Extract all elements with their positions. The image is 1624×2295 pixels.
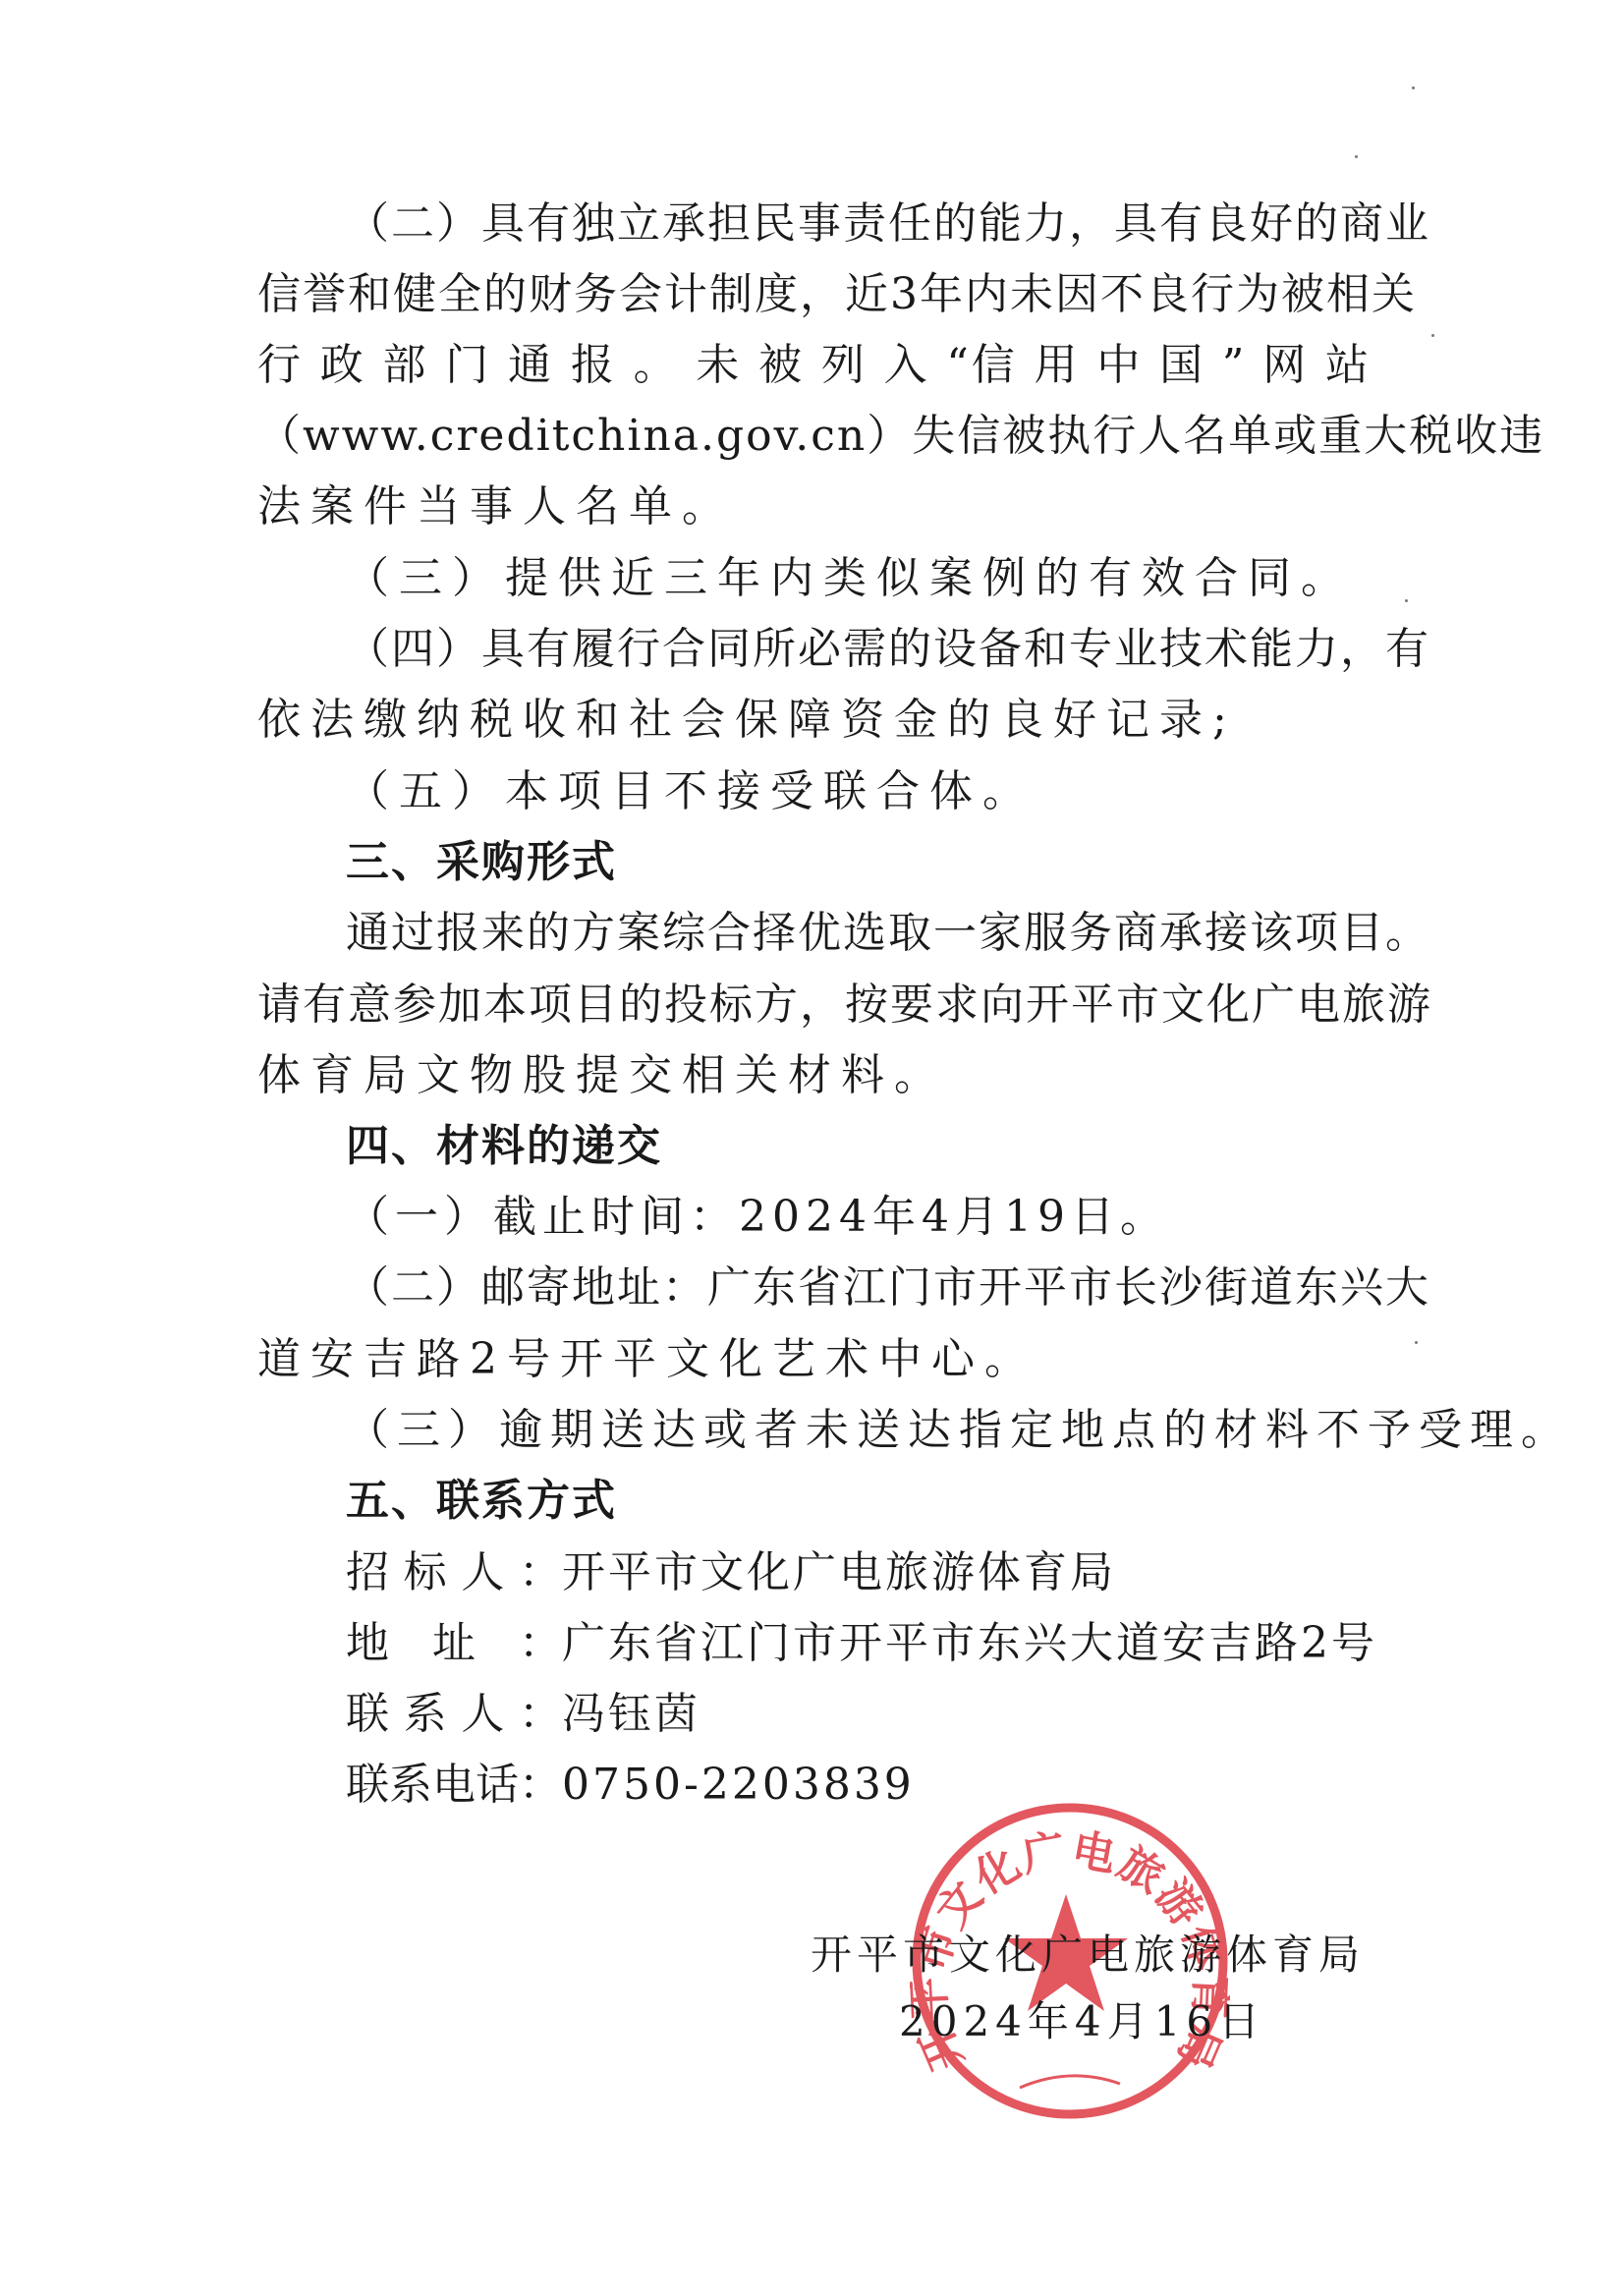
contact-row-phone: 联系电话：0750-2203839 xyxy=(346,1756,915,1815)
paragraph-line: （一）截止时间：2024年4月19日。 xyxy=(346,1188,1169,1247)
paragraph-line: （二）具有独立承担民事责任的能力，具有良好的商业 xyxy=(346,195,1371,253)
scan-speck xyxy=(1431,334,1434,337)
scan-speck xyxy=(1405,599,1408,602)
scan-speck xyxy=(1412,86,1415,89)
paragraph-line: 行 政 部 门 通 报 。 未 被 列 入 “信 用 中 国 ” 网 站 xyxy=(257,336,1371,395)
contact-label: 联系电话： xyxy=(346,1756,562,1815)
signature-date: 2024年4月16日 xyxy=(899,1992,1265,2051)
paragraph-line: 法案件当事人名单。 xyxy=(257,477,735,536)
contact-row-bidder: 招标人：开平市文化广电旅游体育局 xyxy=(346,1543,1116,1602)
paragraph-line: 通过报来的方案综合择优选取一家服务商承接该项目。 xyxy=(346,904,1371,963)
contact-label: 地址： xyxy=(346,1614,562,1673)
scan-speck xyxy=(1415,1341,1418,1344)
section-heading: 五、联系方式 xyxy=(346,1472,617,1531)
contact-value: 广东省江门市开平市东兴大道安吉路2号 xyxy=(562,1618,1377,1668)
section-heading: 四、材料的递交 xyxy=(346,1117,662,1176)
paragraph-line: （三）逾期送达或者未送达指定地点的材料不予受理。 xyxy=(346,1401,1572,1460)
paragraph-line: （三）提供近三年内类似案例的有效合同。 xyxy=(346,549,1354,608)
contact-value: 冯钰茵 xyxy=(562,1689,700,1739)
contact-value: 0750-2203839 xyxy=(562,1760,915,1810)
paragraph-line: （www.creditchina.gov.cn）失信被执行人名单或重大税收违 xyxy=(257,407,1371,466)
paragraph-line: （五）本项目不接受联合体。 xyxy=(346,762,1036,821)
contact-value: 开平市文化广电旅游体育局 xyxy=(562,1547,1116,1597)
contact-label: 联系人： xyxy=(346,1685,562,1744)
contact-row-address: 地址：广东省江门市开平市东兴大道安吉路2号 xyxy=(346,1614,1377,1673)
paragraph-line: （四）具有履行合同所必需的设备和专业技术能力，有 xyxy=(346,620,1371,679)
paragraph-line: 体育局文物股提交相关材料。 xyxy=(257,1046,947,1105)
signature-organization: 开平市文化广电旅游体育局 xyxy=(811,1926,1365,1985)
paragraph-line: 请有意参加本项目的投标方，按要求向开平市文化广电旅游 xyxy=(257,976,1371,1035)
document-page: （二）具有独立承担民事责任的能力，具有良好的商业 信誉和健全的财务会计制度，近3… xyxy=(0,0,1624,2295)
contact-label: 招标人： xyxy=(346,1543,562,1602)
paragraph-line: 依法缴纳税收和社会保障资金的良好记录; xyxy=(257,691,1237,750)
paragraph-line: 信誉和健全的财务会计制度，近3年内未因不良行为被相关 xyxy=(257,265,1371,324)
scan-speck xyxy=(1355,155,1358,158)
paragraph-line: 道安吉路2号开平文化艺术中心。 xyxy=(257,1330,1037,1389)
paragraph-line: （二）邮寄地址：广东省江门市开平市长沙街道东兴大 xyxy=(346,1259,1371,1317)
section-heading: 三、采购形式 xyxy=(346,833,617,892)
contact-row-person: 联系人：冯钰茵 xyxy=(346,1685,700,1744)
